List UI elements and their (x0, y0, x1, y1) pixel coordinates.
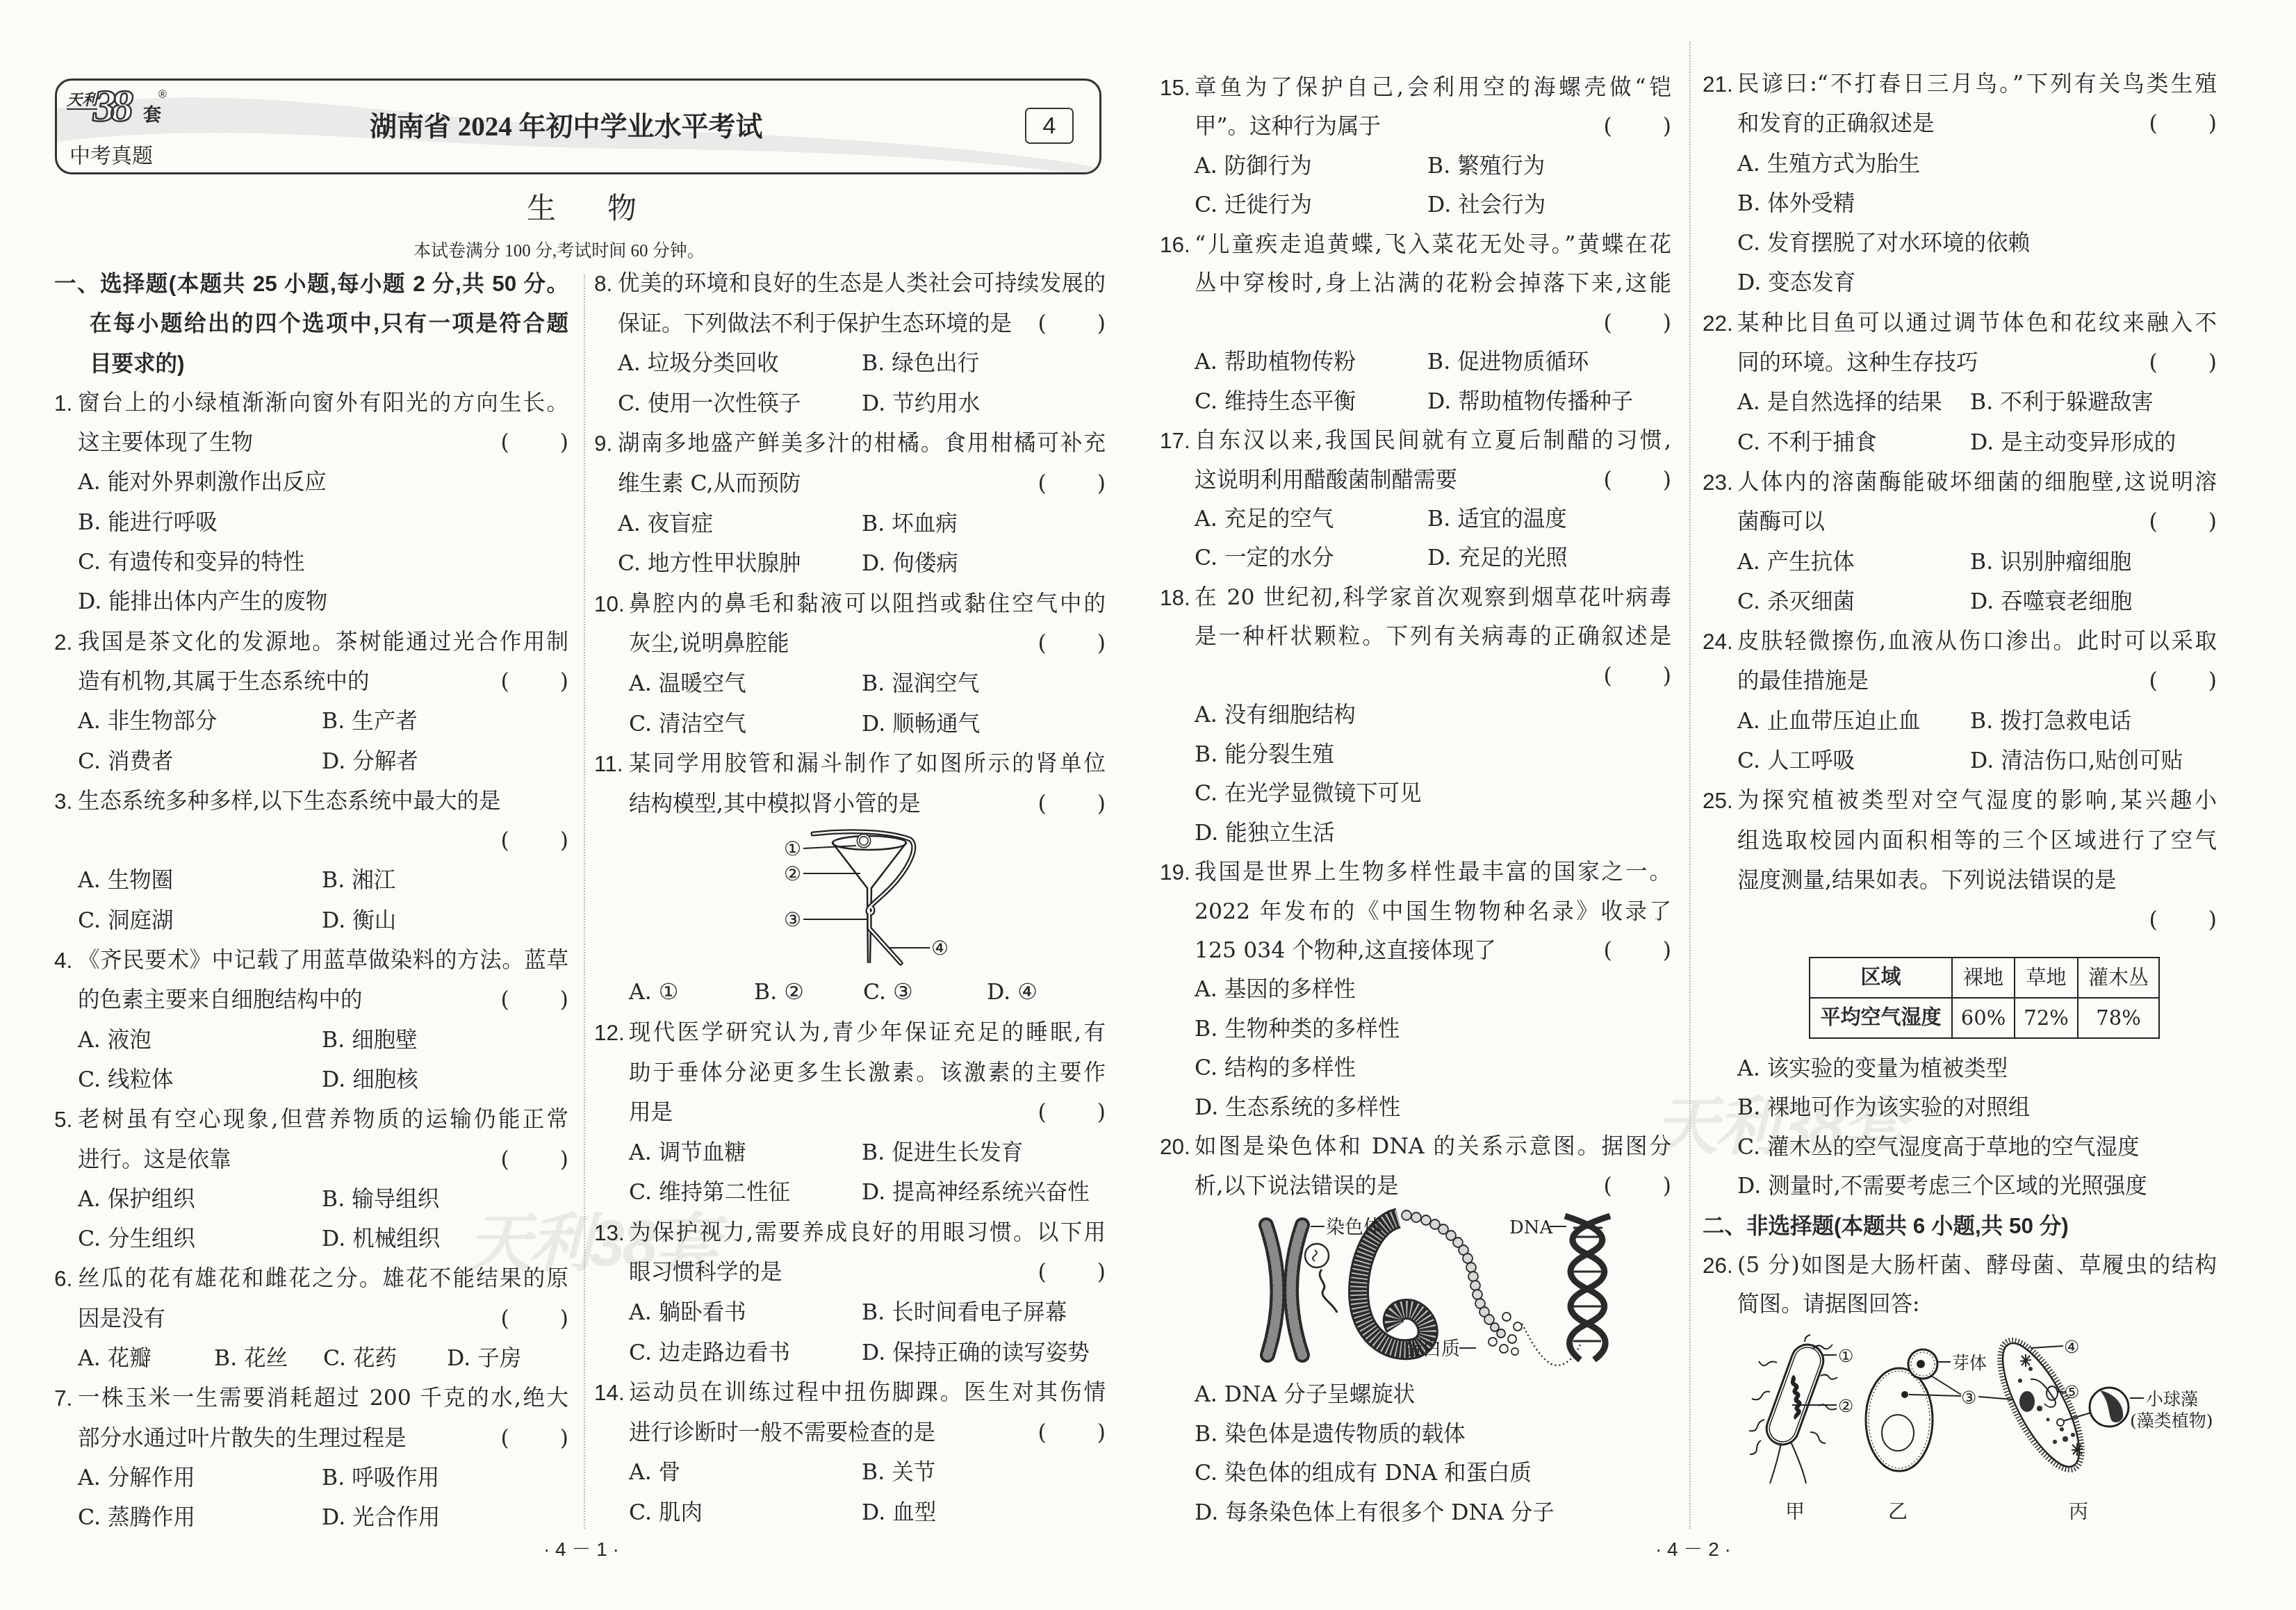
option-a: A. 躺卧看书 (629, 1293, 746, 1333)
question-number: 26. (1703, 1246, 1733, 1285)
caption-jia: 甲 (1785, 1500, 1805, 1523)
answer-blank: ( ) (1038, 624, 1106, 664)
question-number: 8. (594, 264, 612, 304)
question-number: 18. (1160, 578, 1190, 617)
table-row: 平均空气湿度 60% 72% 78% (1810, 998, 2159, 1038)
question-number: 3. (54, 782, 72, 821)
question-number: 13. (594, 1213, 625, 1254)
option-d: D. 每条染色体上有很多个 DNA 分子 (1195, 1493, 1555, 1532)
answer-blank: ( ) (1038, 1413, 1106, 1454)
question-stem: 眼习惯科学的是 (629, 1253, 782, 1293)
question-4: 4.《齐民要术》中记载了用蓝草做染料的方法。蓝草 的色素主要来自细胞结构中的( … (54, 941, 568, 1100)
question-stem: 这说明利用醋酸菌制醋需要 (1195, 461, 1457, 500)
question-stem: 用是 (629, 1093, 673, 1133)
question-17: 17.自东汉以来,我国民间就有立夏后制醋的习惯, 这说明利用醋酸菌制醋需要( )… (1160, 421, 1671, 578)
question-number: 9. (594, 424, 612, 464)
option-b: B. 繁殖行为 (1427, 147, 1545, 186)
question-stem: 125 034 个物种,这直接体现了 (1195, 931, 1496, 970)
question-8: 8.优美的环境和良好的生态是人类社会可持续发展的 保证。下列做法不利于保护生态环… (594, 264, 1106, 424)
option-d: D. 光合作用 (322, 1498, 440, 1538)
question-number: 12. (594, 1013, 625, 1053)
option-c: C. 消费者 (78, 742, 174, 782)
answer-blank: ( ) (1603, 1167, 1671, 1206)
answer-blank: ( ) (1603, 931, 1671, 970)
exam-title: 湖南省 2024 年初中学业水平考试 (370, 111, 763, 143)
question-stem: 某同学用胶管和漏斗制作了如图所示的肾单位 (629, 744, 1106, 785)
bud-label: 芽体 (1952, 1353, 1987, 1373)
question-stem: 窗台上的小绿植渐渐向窗外有阳光的方向生长。 (78, 384, 568, 423)
question-stem: 的最佳措施是 (1737, 662, 1869, 701)
option-a: A. 止血带压迫止血 (1737, 702, 1920, 741)
protein-label: 蛋白质 (1404, 1338, 1460, 1360)
answer-blank: ( ) (2149, 901, 2217, 940)
question-10: 10.鼻腔内的鼻毛和黏液可以阻挡或黏住空气中的 灰尘,说明鼻腔能( ) A. 温… (594, 584, 1106, 744)
page2-left-column: 15.章鱼为了保护自己,会利用空的海螺壳做“铠 甲”。这种行为属于( ) A. … (1160, 68, 1671, 1532)
marker-1: ① (1838, 1346, 1853, 1366)
option-d: D. 吞噬衰老细胞 (1970, 582, 2132, 622)
answer-blank: ( ) (500, 821, 568, 861)
option-a: A. 分解作用 (78, 1459, 195, 1498)
question-stem: 析,以下说法错误的是 (1195, 1167, 1399, 1206)
table-header-cell: 区域 (1810, 958, 1952, 998)
question-stem: 湿度测量,结果如表。下列说法错误的是 (1737, 861, 2117, 901)
option-d: D. 顺畅通气 (862, 705, 980, 745)
question-13: 13.为保护视力,需要养成良好的用眼习惯。以下用 眼习惯科学的是( ) A. 躺… (594, 1213, 1106, 1373)
column-divider (1689, 42, 1691, 1529)
option-a: A. 夜盲症 (618, 504, 713, 545)
option-b: B. 关节 (862, 1453, 935, 1493)
question-number: 19. (1160, 853, 1190, 892)
option-c: C. 染色体的组成有 DNA 和蛋白质 (1195, 1454, 1532, 1493)
option-c: C. 发育摆脱了对水环境的依赖 (1737, 224, 2030, 263)
answer-blank: ( ) (1603, 107, 1671, 146)
option-c: C. 地方性甲状腺肿 (618, 544, 801, 584)
page-number: · 4 － 1 · (543, 1534, 619, 1562)
option-d: D. 变态发育 (1737, 263, 1855, 303)
question-7: 7.一株玉米一生需要消耗超过 200 千克的水,绝大 部分水通过叶片散失的生理过… (54, 1379, 568, 1538)
question-stem: 进行诊断时一般不需要检查的是 (629, 1413, 935, 1454)
option-d: D. 节约用水 (862, 384, 980, 425)
humidity-table: 区域 裸地 草地 灌木丛 平均空气湿度 60% 72% 78% (1809, 957, 2160, 1039)
humidity-table-block: 区域 裸地 草地 灌木丛 平均空气湿度 60% 72% 78% (1703, 941, 2217, 1049)
question-stem: 运动员在训练过程中扭伤脚踝。医生对其伤情 (629, 1373, 1106, 1413)
microorganism-figure: ① ② 芽体 (1703, 1324, 2217, 1526)
question-14: 14.运动员在训练过程中扭伤脚踝。医生对其伤情 进行诊断时一般不需要检查的是( … (594, 1373, 1106, 1533)
question-number: 24. (1703, 622, 1733, 662)
chromosome-dna-figure: 染色体 DNA 蛋白质 (1160, 1206, 1671, 1375)
question-number: 5. (54, 1100, 72, 1140)
table-header-row: 区域 裸地 草地 灌木丛 (1810, 958, 2159, 998)
option-d: D. 充足的光照 (1427, 539, 1568, 577)
question-number: 2. (54, 623, 72, 662)
option-c: C. 清洁空气 (629, 705, 746, 745)
option-a: A. 防御行为 (1195, 147, 1312, 186)
option-d: D. 衡山 (322, 901, 396, 941)
brand-subtitle: 中考真题 (69, 145, 153, 168)
option-b: B. 能分裂生殖 (1195, 735, 1334, 774)
option-a: A. 非生物部分 (78, 702, 217, 741)
option-a: A. 产生抗体 (1737, 543, 1855, 582)
question-stem: 自东汉以来,我国民间就有立夏后制醋的习惯, (1195, 421, 1671, 460)
question-stem: 菌酶可以 (1737, 502, 1825, 542)
option-d: D. ④ (987, 973, 1037, 1013)
option-b: B. 花丝 (214, 1339, 288, 1379)
option-c: C. 肌肉 (629, 1493, 703, 1534)
option-b: B. 坏血病 (862, 504, 958, 545)
question-23: 23.人体内的溶菌酶能破坏细菌的细胞壁,这说明溶 菌酶可以( ) A. 产生抗体… (1703, 463, 2217, 622)
question-stem: 现代医学研究认为,青少年保证充足的睡眠,有 (629, 1013, 1106, 1053)
option-a: A. 骨 (629, 1453, 680, 1493)
question-stem: 皮肤轻微擦伤,血液从伤口渗出。此时可以采取 (1737, 622, 2217, 662)
option-d: D. 佝偻病 (862, 544, 958, 584)
question-stem: 这主要体现了生物 (78, 423, 253, 463)
option-d: D. 清洁伤口,贴创可贴 (1970, 741, 2183, 781)
question-6: 6.丝瓜的花有雄花和雌花之分。雄花不能结果的原 因是没有( ) A. 花瓣B. … (54, 1259, 568, 1379)
question-stem: 优美的环境和良好的生态是人类社会可持续发展的 (618, 264, 1106, 304)
answer-blank: ( ) (2149, 104, 2217, 144)
question-stem: 鼻腔内的鼻毛和黏液可以阻挡或黏住空气中的 (629, 584, 1106, 625)
question-stem: 人体内的溶菌酶能破坏细菌的细胞壁,这说明溶 (1737, 463, 2217, 502)
answer-blank: ( ) (1038, 1253, 1106, 1293)
marker-3: ③ (784, 908, 801, 931)
answer-blank: ( ) (500, 980, 568, 1020)
section-heading-line: 目要求的) (90, 344, 185, 384)
answer-blank: ( ) (1603, 304, 1671, 343)
option-c: C. 灌木丛的空气湿度高于草地的空气湿度 (1737, 1128, 2140, 1167)
table-cell: 78% (2078, 998, 2159, 1038)
question-number: 11. (594, 744, 623, 785)
question-stem: 是一种杆状颗粒。下列有关病毒的正确叙述是 (1195, 617, 1671, 656)
bacteria-yeast-paramecium-diagram: ① ② 芽体 (1749, 1338, 2229, 1525)
section-1-heading: 一、选择题(本题共 25 小题,每小题 2 分,共 50 分。 在每小题给出的四… (54, 264, 568, 384)
answer-blank: ( ) (1603, 657, 1671, 696)
option-b: B. ② (754, 973, 803, 1013)
option-b: B. 输导组织 (322, 1180, 439, 1219)
page2-right-column: 21.民谚曰:“不打春日三月鸟。”下列有关鸟类生殖 和发育的正确叙述是( ) A… (1703, 65, 2217, 1526)
option-a: A. 基因的多样性 (1195, 970, 1356, 1009)
brand-logo-number: 38 (93, 82, 128, 131)
option-a: A. ① (629, 973, 678, 1013)
answer-blank: ( ) (1603, 461, 1671, 500)
funnel-tube-diagram: ① ② ③ ④ (771, 824, 956, 973)
question-stem: 为保护视力,需要养成良好的用眼习惯。以下用 (629, 1213, 1106, 1254)
option-b: B. 生物种类的多样性 (1195, 1010, 1400, 1049)
algae-label: 小球藻 (2146, 1389, 2198, 1409)
section-heading-line: 一、选择题(本题共 25 小题,每小题 2 分,共 50 分。 (54, 264, 568, 304)
option-d: D. 细胞核 (322, 1060, 418, 1100)
option-a: A. 没有细胞结构 (1195, 696, 1356, 734)
answer-blank: ( ) (2149, 343, 2217, 383)
question-number: 6. (54, 1259, 72, 1299)
question-stem: 助于垂体分泌更多生长激素。该激素的主要作 (629, 1053, 1106, 1094)
question-15: 15.章鱼为了保护自己,会利用空的海螺壳做“铠 甲”。这种行为属于( ) A. … (1160, 68, 1671, 225)
option-c: C. 线粒体 (78, 1060, 174, 1100)
answer-blank: ( ) (2149, 662, 2217, 701)
option-c: C. ③ (863, 973, 912, 1013)
question-number: 10. (594, 584, 625, 625)
question-number: 25. (1703, 781, 1733, 821)
marker-2: ② (784, 862, 801, 885)
option-b: B. 能进行呼吸 (78, 503, 218, 543)
page1-right-column: 8.优美的环境和良好的生态是人类社会可持续发展的 保证。下列做法不利于保护生态环… (594, 264, 1106, 1534)
question-stem: 简图。请据图回答: (1737, 1285, 1920, 1324)
answer-blank: ( ) (500, 1140, 568, 1180)
section-2-heading: 二、非选择题(本题共 6 小题,共 50 分) (1703, 1206, 2217, 1246)
question-20: 20.如图是染色体和 DNA 的关系示意图。据图分 析,以下说法错误的是( ) (1160, 1127, 1671, 1532)
table-cell: 72% (2015, 998, 2078, 1038)
question-stem: 因是没有 (78, 1299, 165, 1339)
nephron-model-figure: ① ② ③ ④ (594, 824, 1106, 973)
marker-4: ④ (931, 937, 949, 960)
option-b: B. 裸地可作为该实验的对照组 (1737, 1088, 2030, 1128)
marker-4: ④ (2064, 1337, 2079, 1357)
registered-mark: ® (158, 89, 167, 101)
question-stem: 的色素主要来自细胞结构中的 (78, 980, 363, 1020)
question-26: 26.(5 分)如图是大肠杆菌、酵母菌、草履虫的结构 简图。请据图回答: (1703, 1246, 2217, 1526)
option-c: C. 杀灭细菌 (1737, 582, 1855, 622)
question-stem: 丝瓜的花有雄花和雌花之分。雄花不能结果的原 (78, 1259, 568, 1299)
question-2: 2.我国是茶文化的发源地。茶树能通过光合作用制 造有机物,其属于生态系统中的( … (54, 623, 568, 782)
question-stem: 维生素 C,从而预防 (618, 464, 801, 504)
option-b: B. 识别肿瘤细胞 (1970, 543, 2131, 582)
question-19: 19.我国是世界上生物多样性最丰富的国家之一。 2022 年发布的《中国生物物种… (1160, 853, 1671, 1127)
question-number: 15. (1160, 68, 1190, 107)
question-stem: 部分水通过叶片散失的生理过程是 (78, 1419, 407, 1459)
table-header-cell: 裸地 (1952, 958, 2015, 998)
option-a: A. 该实验的变量为植被类型 (1737, 1049, 2008, 1089)
question-stem: 甲”。这种行为属于 (1195, 107, 1381, 146)
page1-left-column: 一、选择题(本题共 25 小题,每小题 2 分,共 50 分。 在每小题给出的四… (54, 264, 568, 1538)
question-stem: 如图是染色体和 DNA 的关系示意图。据图分 (1195, 1127, 1671, 1166)
brand-logo-suffix: 套 (143, 104, 161, 125)
question-5: 5.老树虽有空心现象,但营养物质的运输仍能正常 进行。这是依靠( ) A. 保护… (54, 1100, 568, 1259)
question-stem: “儿童疾走追黄蝶,飞入菜花无处寻。”黄蝶在花 (1195, 225, 1671, 264)
question-16: 16.“儿童疾走追黄蝶,飞入菜花无处寻。”黄蝶在花 丛中穿梭时,身上沾满的花粉会… (1160, 225, 1671, 421)
option-a: A. 能对外界刺激作出反应 (78, 463, 327, 502)
question-number: 23. (1703, 463, 1733, 502)
question-stem: (5 分)如图是大肠杆菌、酵母菌、草履虫的结构 (1737, 1246, 2217, 1285)
answer-blank: ( ) (500, 662, 568, 702)
question-number: 7. (54, 1379, 72, 1418)
option-b: B. 适宜的温度 (1427, 500, 1567, 539)
question-number: 1. (54, 384, 72, 423)
table-header-cell: 草地 (2015, 958, 2078, 998)
answer-blank: ( ) (500, 1419, 568, 1459)
option-d: D. 提高神经系统兴奋性 (862, 1173, 1090, 1213)
option-a: A. 垃圾分类回收 (618, 344, 779, 384)
option-b: B. 染色体是遗传物质的载体 (1195, 1415, 1466, 1454)
table-cell: 60% (1952, 998, 2015, 1038)
question-12: 12.现代医学研究认为,青少年保证充足的睡眠,有 助于垂体分泌更多生长激素。该激… (594, 1013, 1106, 1213)
marker-2: ② (1838, 1396, 1853, 1416)
option-d: D. 帮助植物传播种子 (1427, 382, 1633, 421)
option-d: D. 是主动变异形成的 (1970, 423, 2176, 463)
option-b: B. 绿色出行 (862, 344, 979, 384)
option-c: C. 洞庭湖 (78, 901, 174, 941)
question-number: 22. (1703, 304, 1733, 343)
question-number: 4. (54, 941, 72, 980)
option-c: C. 蒸腾作用 (78, 1498, 195, 1538)
question-stem: 组选取校园内面积相等的三个区域进行了空气 (1737, 821, 2217, 861)
question-3: 3.生态系统多种多样,以下生态系统中最大的是 ( ) A. 生物圈B. 湘江 C… (54, 782, 568, 941)
chromosome-label: 染色体 (1326, 1217, 1382, 1238)
question-9: 9.湖南多地盛产鲜美多汁的柑橘。食用柑橘可补充 维生素 C,从而预防( ) A.… (594, 424, 1106, 584)
question-stem: 在 20 世纪初,科学家首次观察到烟草花叶病毒 (1195, 578, 1671, 617)
question-stem: 《齐民要术》中记载了用蓝草做染料的方法。蓝草 (78, 941, 568, 980)
question-number: 14. (594, 1373, 625, 1413)
option-a: A. 调节血糖 (629, 1133, 746, 1174)
question-stem: 为探究植被类型对空气湿度的影响,某兴趣小 (1737, 781, 2217, 821)
option-c: C. 人工呼吸 (1737, 741, 1855, 781)
option-d: D. 分解者 (322, 742, 418, 782)
option-a: A. 液泡 (78, 1021, 151, 1060)
question-stem: 一株玉米一生需要消耗超过 200 千克的水,绝大 (78, 1379, 568, 1418)
marker-5: ⑤ (2064, 1382, 2079, 1402)
option-c: C. 边走路边看书 (629, 1333, 790, 1374)
subject-title: 生物 (527, 192, 688, 227)
option-b: B. 长时间看电子屏幕 (862, 1293, 1067, 1333)
question-stem: 进行。这是依靠 (78, 1140, 231, 1180)
option-c: C. 花药 (323, 1339, 397, 1379)
dna-label: DNA (1509, 1217, 1554, 1238)
marker-3: ③ (1961, 1388, 1976, 1408)
option-c: C. 一定的水分 (1195, 539, 1334, 577)
question-stem: 民谚曰:“不打春日三月鸟。”下列有关鸟类生殖 (1737, 65, 2217, 104)
option-a: A. 是自然选择的结果 (1737, 383, 1942, 422)
option-b: B. 湿润空气 (862, 664, 979, 705)
option-b: B. 不利于躲避敌害 (1970, 383, 2154, 422)
question-stem: 灰尘,说明鼻腔能 (629, 624, 789, 664)
question-stem: 某种比目鱼可以通过调节体色和花纹来融入不 (1737, 304, 2217, 343)
question-stem: 老树虽有空心现象,但营养物质的运输仍能正常 (78, 1100, 568, 1140)
question-25: 25.为探究植被类型对空气湿度的影响,某兴趣小 组选取校园内面积相等的三个区域进… (1703, 781, 2217, 1206)
option-d: D. 机械组织 (322, 1219, 440, 1259)
set-number-badge: 4 (1025, 108, 1074, 144)
question-stem: 章鱼为了保护自己,会利用空的海螺壳做“铠 (1195, 68, 1671, 107)
answer-blank: ( ) (2149, 502, 2217, 542)
option-d: D. 测量时,不需要考虑三个区域的光照强度 (1737, 1167, 2147, 1206)
section-heading-line: 在每小题给出的四个选项中,只有一项是符合题 (90, 304, 568, 343)
question-stem: 丛中穿梭时,身上沾满的花粉会掉落下来,这能 (1195, 264, 1671, 303)
question-stem: 同的环境。这种生存技巧 (1737, 343, 1978, 383)
question-stem: 保证。下列做法不利于保护生态环境的是 (618, 304, 1012, 345)
option-c: C. 使用一次性筷子 (618, 384, 801, 425)
exam-note: 本试卷满分 100 分,考试时间 60 分钟。 (413, 240, 705, 263)
option-a: A. 保护组织 (78, 1180, 195, 1219)
option-d: D. 能排出体内产生的废物 (78, 582, 327, 622)
option-d: D. 社会行为 (1427, 186, 1545, 224)
option-b: B. 促进物质循环 (1427, 343, 1589, 381)
question-number: 17. (1160, 421, 1190, 460)
option-c: C. 有遗传和变异的特性 (78, 543, 305, 582)
question-11: 11.某同学用胶管和漏斗制作了如图所示的肾单位 结构模型,其中模拟肾小管的是( … (594, 744, 1106, 1013)
option-a: A. 充足的空气 (1195, 500, 1334, 539)
caption-yi: 乙 (1888, 1500, 1908, 1523)
option-a: A. 生殖方式为胎生 (1737, 145, 1920, 184)
answer-blank: ( ) (1038, 785, 1106, 825)
question-number: 20. (1160, 1127, 1190, 1166)
answer-blank: ( ) (500, 423, 568, 463)
question-18: 18.在 20 世纪初,科学家首次观察到烟草花叶病毒 是一种杆状颗粒。下列有关病… (1160, 578, 1671, 853)
algae-note: (藻类植物) (2130, 1411, 2213, 1431)
option-b: B. 拨打急救电话 (1970, 702, 2131, 741)
option-b: B. 体外受精 (1737, 184, 1855, 224)
option-c: C. 迁徙行为 (1195, 186, 1312, 224)
question-stem: 生态系统多种多样,以下生态系统中最大的是 (78, 782, 501, 821)
column-divider (584, 274, 585, 1529)
option-b: B. 呼吸作用 (322, 1459, 439, 1498)
option-d: D. 生态系统的多样性 (1195, 1088, 1400, 1127)
option-b: B. 生产者 (322, 702, 418, 741)
question-stem: 和发育的正确叙述是 (1737, 104, 1935, 144)
option-c: C. 结构的多样性 (1195, 1049, 1356, 1087)
question-number: 21. (1703, 65, 1733, 104)
option-a: A. DNA 分子呈螺旋状 (1195, 1375, 1415, 1414)
question-21: 21.民谚曰:“不打春日三月鸟。”下列有关鸟类生殖 和发育的正确叙述是( ) A… (1703, 65, 2217, 304)
option-b: B. 细胞壁 (322, 1021, 418, 1060)
option-c: C. 维持生态平衡 (1195, 382, 1356, 421)
option-d: D. 子房 (447, 1339, 521, 1379)
option-d: D. 血型 (862, 1493, 936, 1534)
question-stem: 我国是茶文化的发源地。茶树能通过光合作用制 (78, 623, 568, 662)
table-cell: 平均空气湿度 (1810, 998, 1952, 1038)
answer-blank: ( ) (1038, 1093, 1106, 1133)
question-stem: 造有机物,其属于生态系统中的 (78, 662, 370, 702)
question-stem: 结构模型,其中模拟肾小管的是 (629, 785, 921, 825)
question-1: 1.窗台上的小绿植渐渐向窗外有阳光的方向生长。 这主要体现了生物( ) A. 能… (54, 384, 568, 623)
caption-bing: 丙 (2069, 1500, 2088, 1523)
question-stem: 我国是世界上生物多样性最丰富的国家之一。 (1195, 853, 1671, 892)
option-b: B. 促进生长发育 (862, 1133, 1023, 1174)
marker-1: ① (784, 837, 801, 860)
option-a: A. 花瓣 (78, 1339, 151, 1379)
option-c: C. 不利于捕食 (1737, 423, 1877, 463)
answer-blank: ( ) (1038, 464, 1106, 504)
section-heading-line: 二、非选择题(本题共 6 小题,共 50 分) (1703, 1206, 2069, 1246)
question-stem: 2022 年发布的《中国生物物种名录》收录了 (1195, 892, 1671, 931)
chromosome-dna-diagram: 染色体 DNA 蛋白质 (1259, 1206, 1627, 1372)
question-stem: 湖南多地盛产鲜美多汁的柑橘。食用柑橘可补充 (618, 424, 1106, 464)
question-number: 16. (1160, 225, 1190, 264)
table-header-cell: 灌木丛 (2078, 958, 2159, 998)
option-a: A. 温暖空气 (629, 664, 746, 705)
page-number: · 4 － 2 · (1655, 1534, 1731, 1562)
question-24: 24.皮肤轻微擦伤,血液从伤口渗出。此时可以采取 的最佳措施是( ) A. 止血… (1703, 622, 2217, 781)
option-d: D. 保持正确的读写姿势 (862, 1333, 1090, 1374)
option-a: A. 生物圈 (78, 861, 173, 901)
question-22: 22.某种比目鱼可以通过调节体色和花纹来融入不 同的环境。这种生存技巧( ) A… (1703, 304, 2217, 463)
option-c: C. 分生组织 (78, 1219, 195, 1259)
option-d: D. 能独立生活 (1195, 814, 1335, 853)
answer-blank: ( ) (500, 1299, 568, 1339)
answer-blank: ( ) (1038, 304, 1106, 345)
option-b: B. 湘江 (322, 861, 395, 901)
option-a: A. 帮助植物传粉 (1195, 343, 1356, 381)
option-c: C. 在光学显微镜下可见 (1195, 774, 1422, 813)
option-c: C. 维持第二性征 (629, 1173, 790, 1213)
